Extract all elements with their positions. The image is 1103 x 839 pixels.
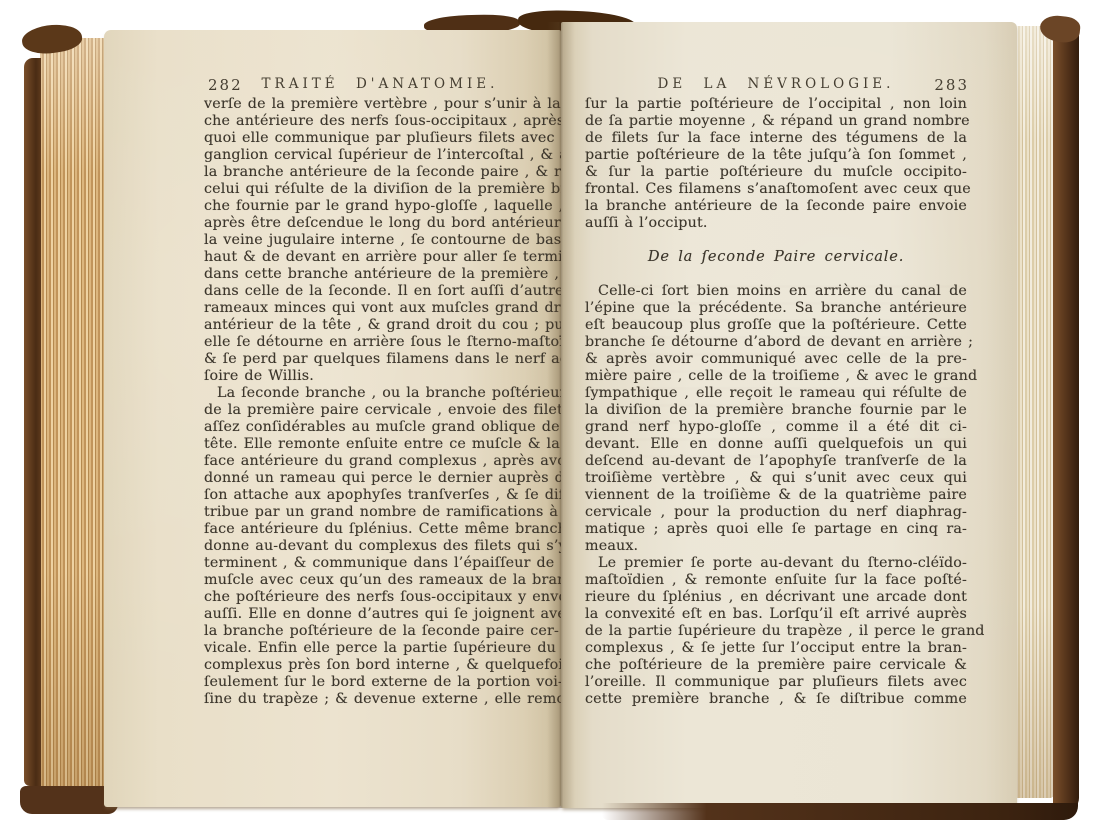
text-line: de filets ſur la face interne des tégume… bbox=[585, 130, 967, 147]
text-line: vicale. Enfin elle perce la partie ſupér… bbox=[204, 640, 556, 657]
left-cover-leather bbox=[24, 58, 41, 786]
text-line: deſcend au-devant de l’apophyſe tranſver… bbox=[585, 453, 967, 470]
text-line: la branche antérieure de la ſeconde pair… bbox=[204, 164, 556, 181]
text-line: ſine du trapèze ; & devenue externe , el… bbox=[204, 691, 556, 708]
text-line: & ſe perd par quelques filamens dans le … bbox=[204, 351, 556, 368]
text-line: l’oreille. Il communique par pluſieurs f… bbox=[585, 674, 967, 691]
text-line: quoi elle communique par pluſieurs filet… bbox=[204, 130, 556, 147]
paragraph: Celle-ci ſort bien moins en arrière du c… bbox=[585, 283, 967, 555]
right-text-column: ſur la partie poſtérieure de l’occipital… bbox=[585, 96, 967, 708]
text-line: aſſez conſidérables au muſcle grand obli… bbox=[204, 419, 556, 436]
text-line: troiſième vertèbre , & qui s’unit avec c… bbox=[585, 470, 967, 487]
text-line: auſſi. Elle en donne d’autres qui ſe joi… bbox=[204, 606, 556, 623]
text-line: matique ; après quoi elle ſe partage en … bbox=[585, 521, 967, 538]
text-line: De la ſeconde Paire cervicale. bbox=[585, 248, 967, 265]
text-line: devant. Elle en donne auſſi quelquefois … bbox=[585, 436, 967, 453]
text-line: antérieur de la tête , & grand droit du … bbox=[204, 317, 556, 334]
paragraph: verſe de la première vertèbre , pour s’u… bbox=[204, 96, 556, 385]
text-line: che poſtérieure de la première paire cer… bbox=[585, 657, 967, 674]
text-line: la branche poſtérieure de la ſeconde pai… bbox=[204, 623, 556, 640]
bottom-right-cover-leather bbox=[602, 803, 1078, 820]
text-line: Le premier ſe porte au-devant du ſterno-… bbox=[585, 555, 967, 572]
paragraph: ſur la partie poſtérieure de l’occipital… bbox=[585, 96, 967, 232]
text-line: de la première paire cervicale , envoie … bbox=[204, 402, 556, 419]
text-line: meaux. bbox=[585, 538, 967, 555]
text-line: ſur la partie poſtérieure de l’occipital… bbox=[585, 96, 967, 113]
text-line: viennent de la troiſième & de la quatriè… bbox=[585, 487, 967, 504]
text-line: La ſeconde branche , ou la branche poſté… bbox=[204, 385, 556, 402]
right-page-number: 283 bbox=[934, 76, 969, 94]
right-cover-leather bbox=[1053, 20, 1079, 812]
text-line: tribue par un grand nombre de ramificati… bbox=[204, 504, 556, 521]
text-line: ganglion cervical ſupérieur de l’interco… bbox=[204, 147, 556, 164]
text-line: che fournie par le grand hypo-gloſſe , l… bbox=[204, 198, 556, 215]
paragraph: Le premier ſe porte au-devant du ſterno-… bbox=[585, 555, 967, 708]
text-line: donne au-devant du complexus des filets … bbox=[204, 538, 556, 555]
text-line: celui qui réſulte de la diviſion de la p… bbox=[204, 181, 556, 198]
text-line: ſeulement ſur le bord externe de la port… bbox=[204, 674, 556, 691]
left-text-column: verſe de la première vertèbre , pour s’u… bbox=[204, 96, 556, 708]
text-line: Celle-ci ſort bien moins en arrière du c… bbox=[585, 283, 967, 300]
text-line: grand nerf hypo-gloſſe , comme il a été … bbox=[585, 419, 967, 436]
text-line: eſt beaucoup plus groſſe que la poſtérie… bbox=[585, 317, 967, 334]
text-line: che poſtérieure des nerfs ſous-occipitau… bbox=[204, 589, 556, 606]
text-line: ſympathique , elle reçoit le rameau qui … bbox=[585, 385, 967, 402]
fore-edge-pages-right bbox=[1016, 26, 1054, 798]
text-line: de la partie ſupérieure du trapèze , il … bbox=[585, 623, 967, 640]
text-line: ſon attache aux apophyſes tranſverſes , … bbox=[204, 487, 556, 504]
text-line: & ſur la partie poſtérieure du muſcle oc… bbox=[585, 164, 967, 181]
section-heading: De la ſeconde Paire cervicale. bbox=[585, 248, 967, 265]
text-line: après être deſcendue le long du bord ant… bbox=[204, 215, 556, 232]
fore-edge-pages-left bbox=[40, 38, 104, 798]
text-line: mière paire , celle de la troiſieme , & … bbox=[585, 368, 967, 385]
text-line: complexus près ſon bord interne , & quel… bbox=[204, 657, 556, 674]
text-line: partie poſtérieure de la tête juſqu’à ſo… bbox=[585, 147, 967, 164]
text-line: la branche antérieure de la ſeconde pair… bbox=[585, 198, 967, 215]
right-page-header: DE LA NÉVROLOGIE. 283 bbox=[585, 76, 967, 94]
text-line: frontal. Ces filamens s’anaſtomoſent ave… bbox=[585, 181, 967, 198]
left-page: 282 TRAITÉ D'ANATOMIE. verſe de la premi… bbox=[104, 30, 561, 807]
right-running-title: DE LA NÉVROLOGIE. bbox=[585, 76, 967, 92]
text-line: auſſi à l’occiput. bbox=[585, 215, 967, 232]
text-line: cette première branche , & ſe diſtribue … bbox=[585, 691, 967, 708]
text-line: dans cette branche antérieure de la prem… bbox=[204, 266, 556, 283]
text-line: che antérieure des nerfs ſous-occipitaux… bbox=[204, 113, 556, 130]
text-line: maſtoïdien , & remonte enſuite ſur la fa… bbox=[585, 572, 967, 589]
text-line: face antérieure du ſplénius. Cette même … bbox=[204, 521, 556, 538]
text-line: de ſa partie moyenne , & répand un grand… bbox=[585, 113, 967, 130]
book-photo: 282 TRAITÉ D'ANATOMIE. verſe de la premi… bbox=[0, 0, 1103, 839]
text-line: rieure du ſplénius , en décrivant une ar… bbox=[585, 589, 967, 606]
text-line: l’épine que la précédente. Sa branche an… bbox=[585, 300, 967, 317]
text-line: face antérieure du grand complexus , apr… bbox=[204, 453, 556, 470]
text-line: haut & de devant en arrière pour aller ſ… bbox=[204, 249, 556, 266]
left-running-title: TRAITÉ D'ANATOMIE. bbox=[204, 76, 556, 92]
text-line: branche ſe détourne d’abord de devant en… bbox=[585, 334, 967, 351]
text-line: ſoire de Willis. bbox=[204, 368, 556, 385]
text-line: cervicale , pour la production du nerf d… bbox=[585, 504, 967, 521]
left-page-header: 282 TRAITÉ D'ANATOMIE. bbox=[204, 76, 556, 94]
text-line: elle ſe détourne en arrière ſous le ſter… bbox=[204, 334, 556, 351]
text-line: tête. Elle remonte enſuite entre ce muſc… bbox=[204, 436, 556, 453]
text-line: donné un rameau qui perce le dernier aup… bbox=[204, 470, 556, 487]
text-line: dans celle de la ſeconde. Il en ſort auſ… bbox=[204, 283, 556, 300]
text-line: la veine jugulaire interne , ſe contourn… bbox=[204, 232, 556, 249]
text-line: terminent , & communique dans l’épaiſſeu… bbox=[204, 555, 556, 572]
paragraph: La ſeconde branche , ou la branche poſté… bbox=[204, 385, 556, 708]
right-page: DE LA NÉVROLOGIE. 283 ſur la partie poſt… bbox=[561, 22, 1017, 808]
text-line: complexus , & ſe jette ſur l’occiput ent… bbox=[585, 640, 967, 657]
text-line: & après avoir communiqué avec celle de l… bbox=[585, 351, 967, 368]
text-line: muſcle avec ceux qu’un des rameaux de la… bbox=[204, 572, 556, 589]
text-line: rameaux minces qui vont aux muſcles gran… bbox=[204, 300, 556, 317]
text-line: verſe de la première vertèbre , pour s’u… bbox=[204, 96, 556, 113]
text-line: la convexité eſt en bas. Lorſqu’il eſt a… bbox=[585, 606, 967, 623]
text-line: la diviſion de la première branche fourn… bbox=[585, 402, 967, 419]
